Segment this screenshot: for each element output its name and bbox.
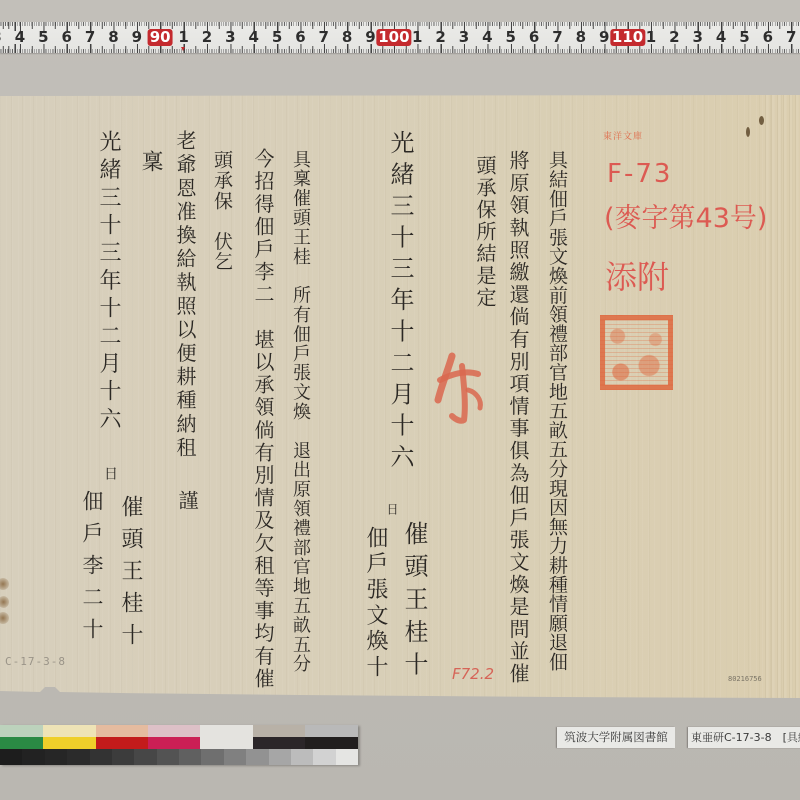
ruler-number: 2	[435, 29, 445, 46]
ruler-number: 6	[295, 29, 305, 46]
catalog-number: F-73	[607, 161, 672, 187]
ruler-number: 7	[85, 29, 95, 46]
ruler-number-highlighted: 100	[376, 29, 411, 46]
petition-date: 光緒三十三年十二月十六	[97, 130, 119, 435]
bond-date: 光緒三十三年十二月十六	[388, 130, 412, 475]
ruler-number: 7	[552, 29, 562, 46]
ruler-number: 4	[482, 29, 492, 46]
ruler-number: 3	[692, 29, 702, 46]
ruler-number: 5	[506, 29, 516, 46]
color-patch	[253, 737, 305, 749]
ruler-number: 7	[319, 29, 329, 46]
pencil-call-number: C-17-3-8	[5, 656, 66, 667]
color-patch	[96, 737, 148, 749]
color-patch	[253, 725, 305, 737]
color-chart-grayscale-row	[0, 749, 358, 765]
ruler-number: 8	[108, 29, 118, 46]
library-label: 筑波大学附属図書館	[557, 727, 675, 748]
ruler-number: 1	[178, 29, 188, 46]
petition-body-column-4: 老爺恩准換給執照以便耕種納租	[175, 130, 195, 460]
ruler-number: 3	[459, 29, 469, 46]
ruler-number: 5	[272, 29, 282, 46]
ruler-number: 9	[599, 29, 609, 46]
gray-patch	[201, 749, 223, 765]
ruler-pointer-triangle-icon	[181, 47, 185, 51]
ruler-number: 4	[248, 29, 258, 46]
gray-patch	[22, 749, 44, 765]
petition-body-column-2: 今招得佃戶李二 堪以承領倘有別情及欠租等事均有催	[253, 148, 273, 690]
ruler-number: 6	[61, 29, 71, 46]
petition-body-column-1: 具稟催頭王桂 所有佃戶張文煥 退出原領禮部官地五畝五分	[291, 150, 309, 674]
color-patch	[200, 737, 253, 749]
ruler-number: 1	[412, 29, 422, 46]
ruler-number: 9	[365, 29, 375, 46]
paper-fold	[765, 95, 800, 699]
measuring-ruler: 3 4 5 6 7 8 9 90 1 2 3 4 5 6 7 8 9 100 1…	[0, 22, 800, 53]
petition-body-column-3: 頭承保 伏乞	[212, 150, 231, 272]
color-patch	[148, 737, 200, 749]
ruler-number: 3	[0, 29, 2, 46]
color-patch	[0, 725, 43, 737]
color-patch	[305, 725, 358, 737]
scan-stage: 3 4 5 6 7 8 9 90 1 2 3 4 5 6 7 8 9 100 1…	[0, 0, 800, 800]
gray-patch	[112, 749, 134, 765]
color-patch	[0, 737, 43, 749]
bond-signatory-tenant: 佃戶張文煥十	[364, 526, 386, 681]
color-patch	[43, 737, 96, 749]
bond-body-column-3: 頭承保所結是定	[475, 155, 495, 309]
bond-body-column-2: 將原領執照繳還倘有別項情事俱為佃戶張文煥是問並催	[508, 150, 528, 685]
pencil-reference-red: F72.2	[452, 667, 494, 682]
color-patch	[43, 725, 96, 737]
gray-patch	[224, 749, 246, 765]
ruler-number: 5	[38, 29, 48, 46]
gray-patch	[291, 749, 313, 765]
paper-spot	[759, 116, 764, 125]
accession-number-stamp: 80216756	[728, 676, 762, 683]
color-patch	[305, 737, 358, 749]
ruler-number: 4	[15, 29, 25, 46]
petition-closing: 謹	[177, 490, 197, 510]
gray-patch	[157, 749, 179, 765]
item-label: 東亜研C-17-3-8 [具結・	[688, 727, 800, 748]
petition-signatory-tenant: 佃戶李二十	[81, 490, 102, 650]
ruler-number: 8	[342, 29, 352, 46]
gray-patch	[0, 749, 22, 765]
gray-patch	[269, 749, 291, 765]
ruler-number: 6	[763, 29, 773, 46]
paper-spot	[746, 127, 750, 137]
ruler-number: 9	[132, 29, 142, 46]
ruler-number: 2	[202, 29, 212, 46]
color-patch	[148, 725, 200, 737]
approval-brush-mark: 存	[428, 350, 488, 425]
gray-patch	[90, 749, 112, 765]
ruler-number: 8	[576, 29, 586, 46]
petition-day-suffix: 日	[103, 466, 117, 480]
color-patch	[96, 725, 148, 737]
collection-stamp: 東洋文庫	[603, 133, 643, 142]
color-calibration-chart	[0, 725, 358, 765]
ruler-number: 1	[646, 29, 656, 46]
gray-patch	[45, 749, 67, 765]
bond-body-column-1: 具結佃戶張文煥前領禮部官地五畝五分現因無力耕種情願退佃	[547, 150, 566, 671]
bond-signatory-guarantor: 催頭王桂十	[402, 521, 426, 684]
petition-heading: 稟	[139, 150, 161, 172]
ruler-number: 3	[225, 29, 235, 46]
gray-patch	[313, 749, 335, 765]
ruler-number: 6	[529, 29, 539, 46]
gray-patch	[134, 749, 156, 765]
ruler-number: 2	[669, 29, 679, 46]
color-chart-saturated-row	[0, 737, 358, 749]
ruler-number-highlighted: 90	[148, 29, 173, 46]
ruler-number: 7	[786, 29, 796, 46]
gray-patch	[179, 749, 201, 765]
color-patch	[200, 725, 253, 737]
ruler-number: 4	[716, 29, 726, 46]
gray-patch	[246, 749, 268, 765]
red-square-seal	[600, 315, 673, 390]
attachment-note: 添附	[605, 261, 669, 293]
ruler-number: 5	[739, 29, 749, 46]
bond-day-suffix: 日	[386, 503, 398, 515]
register-number: (麥字第43号)	[604, 205, 767, 232]
petition-signatory-guarantor: 催頭王桂十	[119, 495, 141, 655]
gray-patch	[67, 749, 89, 765]
gray-patch	[336, 749, 358, 765]
ruler-number-highlighted: 110	[610, 29, 645, 46]
color-chart-pastel-row	[0, 725, 358, 737]
